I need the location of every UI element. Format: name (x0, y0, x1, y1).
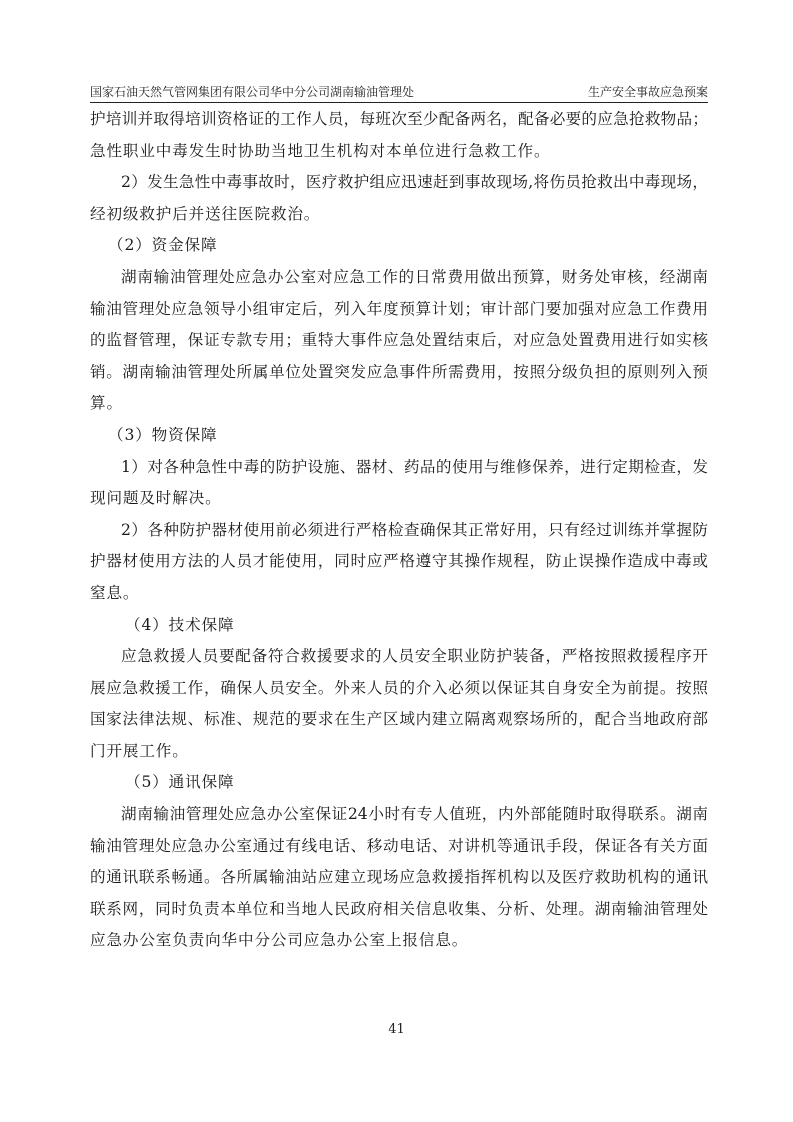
section-heading: （5）通讯保障 (90, 769, 708, 801)
text-line: 联系网，同时负责本单位和当地人民政府相关信息收集、分析、处理。湖南输油管理处 (90, 896, 708, 928)
text-line: 湖南输油管理处应急办公室保证24小时有专人值班，内外部能随时取得联系。湖南 (90, 801, 708, 833)
text-line: 门开展工作。 (90, 738, 708, 770)
text-line: 的监督管理，保证专款专用；重特大事件应急处置结束后，对应急处置费用进行如实核 (90, 327, 708, 359)
text-line: 算。 (90, 390, 708, 422)
text-line: 湖南输油管理处应急办公室对应急工作的日常费用做出预算，财务处审核，经湖南 (90, 264, 708, 296)
text-line: 急性职业中毒发生时协助当地卫生机构对本单位进行急救工作。 (90, 138, 708, 170)
text-line: 2）发生急性中毒事故时，医疗救护组应迅速赶到事故现场,将伤员抢救出中毒现场， (90, 169, 708, 201)
text-line: 现问题及时解决。 (90, 485, 708, 517)
text-line: 国家法律法规、标准、规范的要求在生产区域内建立隔离观察场所的，配合当地政府部 (90, 706, 708, 738)
page-body: 护培训并取得培训资格证的工作人员，每班次至少配备两名，配备必要的应急抢救物品；急… (90, 106, 708, 959)
section-heading: （4）技术保障 (90, 612, 708, 644)
text-line: 应急办公室负责向华中分公司应急办公室上报信息。 (90, 927, 708, 959)
text-line: 护器材使用方法的人员才能使用，同时应严格遵守其操作规程，防止误操作造成中毒或 (90, 548, 708, 580)
header-organization: 国家石油天然气管网集团有限公司华中分公司湖南输油管理处 (90, 84, 414, 100)
text-line: 护培训并取得培训资格证的工作人员，每班次至少配备两名，配备必要的应急抢救物品； (90, 106, 708, 138)
text-line: 应急救援人员要配备符合救援要求的人员安全职业防护装备，严格按照救援程序开 (90, 643, 708, 675)
text-line: 1）对各种急性中毒的防护设施、器材、药品的使用与维修保养，进行定期检查，发 (90, 454, 708, 486)
section-heading: （2）资金保障 (90, 232, 708, 264)
text-line: 经初级救护后并送往医院救治。 (90, 201, 708, 233)
text-line: 窒息。 (90, 580, 708, 612)
header-divider (90, 102, 708, 103)
header-document-title: 生产安全事故应急预案 (588, 84, 708, 100)
text-line: 输油管理处应急办公室通过有线电话、移动电话、对讲机等通讯手段，保证各有关方面 (90, 833, 708, 865)
section-heading: （3）物资保障 (90, 422, 708, 454)
text-line: 输油管理处应急领导小组审定后，列入年度预算计划；审计部门要加强对应急工作费用 (90, 296, 708, 328)
page-number: 41 (0, 1022, 793, 1037)
page-header: 国家石油天然气管网集团有限公司华中分公司湖南输油管理处 生产安全事故应急预案 (90, 84, 708, 102)
text-line: 的通讯联系畅通。各所属输油站应建立现场应急救援指挥机构以及医疗救助机构的通讯 (90, 864, 708, 896)
text-line: 2）各种防护器材使用前必须进行严格检查确保其正常好用，只有经过训练并掌握防 (90, 517, 708, 549)
document-page: 国家石油天然气管网集团有限公司华中分公司湖南输油管理处 生产安全事故应急预案 护… (0, 0, 793, 1122)
text-line: 展应急救援工作，确保人员安全。外来人员的介入必须以保证其自身安全为前提。按照 (90, 675, 708, 707)
text-line: 销。湖南输油管理处所属单位处置突发应急事件所需费用，按照分级负担的原则列入预 (90, 359, 708, 391)
